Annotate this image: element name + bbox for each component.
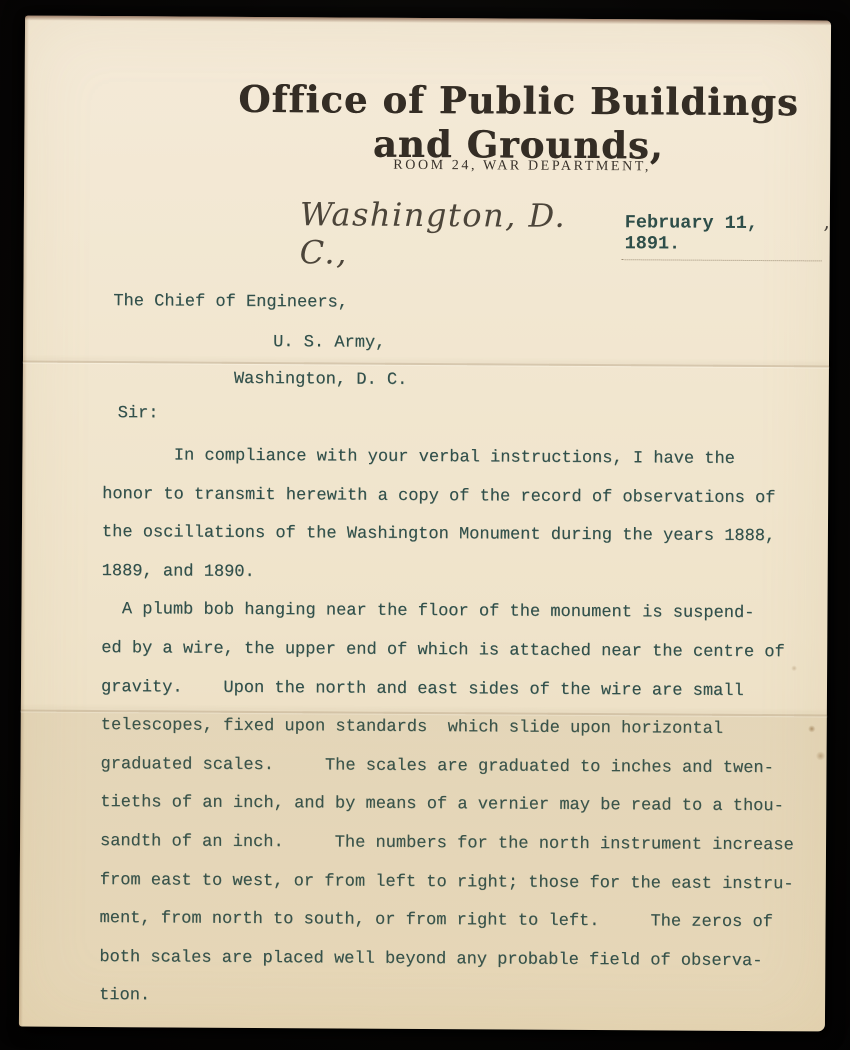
body-line: tion.: [99, 977, 815, 1020]
printed-date-comma: ,: [823, 209, 830, 233]
body-line: graduated scales. The scales are graduat…: [100, 746, 816, 789]
body-line: ment, from north to south, or from right…: [99, 900, 815, 943]
letter-body: In compliance with your verbal instructi…: [99, 437, 819, 1020]
letter-paper: Office of Public Buildings and Grounds, …: [19, 16, 831, 1032]
letterhead-office-title: Office of Public Buildings and Grounds,: [210, 77, 827, 169]
body-line: gravity. Upon the north and east sides o…: [101, 669, 817, 712]
body-line: both scales are placed well beyond any p…: [99, 939, 815, 982]
paper-left-edge-shadow: [19, 16, 29, 1027]
body-line: tieths of an inch, and by means of a ver…: [100, 784, 816, 827]
body-line: 1889, and 1890.: [102, 553, 818, 596]
body-line: the oscillations of the Washington Monum…: [102, 514, 818, 557]
body-line: from east to west, or from left to right…: [100, 862, 816, 905]
body-line: In compliance with your verbal instructi…: [102, 437, 818, 480]
body-line: sandth of an inch. The numbers for the n…: [100, 823, 816, 866]
body-line: A plumb bob hanging near the floor of th…: [101, 591, 817, 634]
recipient-line-1: The Chief of Engineers,: [113, 292, 348, 312]
photo-background: Office of Public Buildings and Grounds, …: [0, 0, 850, 1050]
fold-crease-upper: [23, 361, 829, 368]
typed-date: February 11, 1891.: [622, 212, 822, 261]
place-script: Washington, D. C.,: [300, 195, 608, 273]
recipient-line-3: Washington, D. C.: [234, 370, 408, 390]
stain-spot: [816, 751, 826, 760]
recipient-line-2: U. S. Army,: [273, 333, 385, 353]
letterhead-room-line: ROOM 24, WAR DEPARTMENT,: [214, 157, 830, 177]
body-line: honor to transmit herewith a copy of the…: [102, 476, 818, 519]
body-line: ed by a wire, the upper end of which is …: [101, 630, 817, 673]
dateline: Washington, D. C., February 11, 1891. ,: [300, 195, 830, 274]
salutation: Sir:: [118, 404, 159, 423]
paper-top-edge-shadow: [25, 16, 831, 26]
